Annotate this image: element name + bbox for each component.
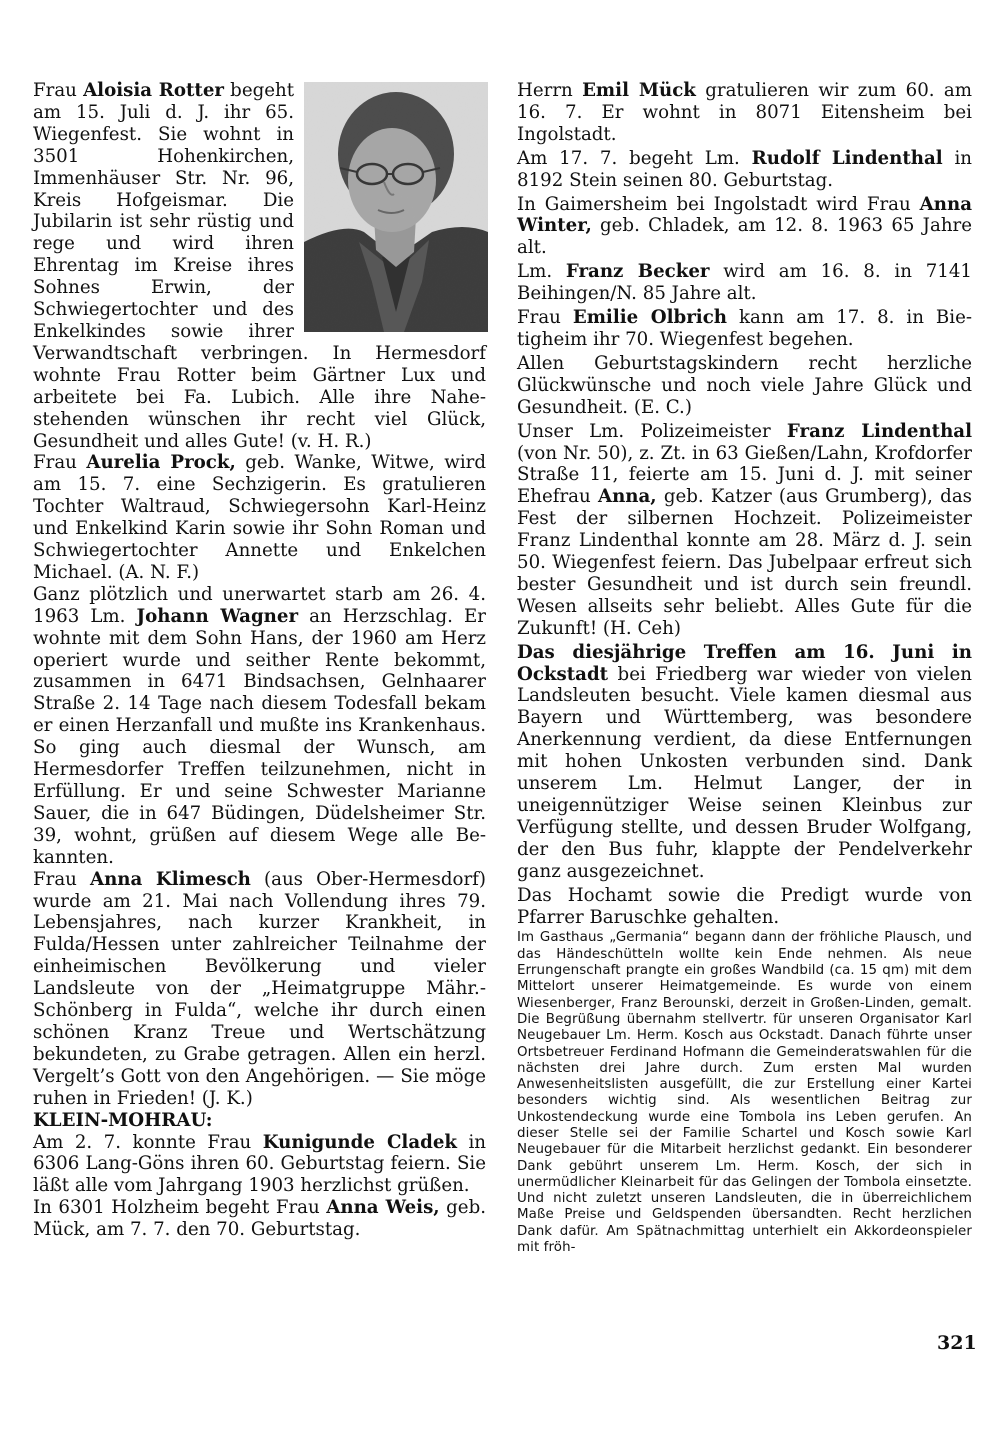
text: Frau: [33, 80, 83, 101]
page-number: 321: [937, 1332, 977, 1354]
right-column: Herrn Emil Mück gratulieren wir zum 60. …: [517, 80, 972, 1256]
article-prock: Frau Aurelia Prock, geb. Wanke, Witwe, w…: [33, 452, 486, 583]
person-name: Aurelia Prock,: [86, 452, 235, 473]
person-name: Rudolf Lindenthal: [752, 148, 943, 169]
text: geb. Katzer (aus Grumberg), das Fest der…: [517, 486, 972, 638]
text: (aus Ober-Hermes­dorf) wurde am 21. Mai …: [33, 869, 486, 1109]
article-winter: In Gaimersheim bei Ingolstadt wird Frau …: [517, 194, 972, 260]
article-weis: In 6301 Holzheim begeht Frau Anna Weis, …: [33, 1197, 486, 1241]
article-gasthaus-small-print: Im Gasthaus „Germania“ begann dann der f…: [517, 930, 972, 1256]
text: bei Friedberg war wieder von vielen Land…: [517, 664, 972, 882]
article-olbrich: Frau Emilie Olbrich kann am 17. 8. in Bi…: [517, 307, 972, 351]
article-klimesch: Frau Anna Klimesch (aus Ober-Hermes­dorf…: [33, 869, 486, 1110]
text: Herrn: [517, 80, 582, 101]
portrait-photo-icon: [304, 82, 488, 332]
text: Frau: [33, 869, 90, 890]
text: In 6301 Holzheim begeht Frau: [33, 1197, 326, 1218]
text: Am 2. 7. konnte Frau: [33, 1132, 263, 1153]
text: Frau: [517, 307, 573, 328]
text: In Gaimersheim bei Ingolstadt wird Frau: [517, 194, 920, 215]
article-becker: Lm. Franz Becker wird am 16. 8. in 7141 …: [517, 261, 972, 305]
person-name: Franz Becker: [566, 261, 710, 282]
person-name: Franz Lindenthal: [787, 421, 972, 442]
person-name: Emilie Olbrich: [573, 307, 727, 328]
section-heading-klein-mohrau: KLEIN-MOHRAU:: [33, 1110, 486, 1132]
article-franz-lindenthal: Unser Lm. Polizeimeister Franz Lindentha…: [517, 421, 972, 640]
text: Unser Lm. Polizeimeister: [517, 421, 787, 442]
person-name: Anna Weis,: [326, 1197, 439, 1218]
article-mueck: Herrn Emil Mück gratulieren wir zum 60. …: [517, 80, 972, 146]
left-column: Frau Aloisia Rotter be­geht am 15. Juli …: [33, 80, 486, 1241]
text: an Herz­schlag. Er wohnte mit dem Sohn H…: [33, 606, 486, 868]
text: Frau: [33, 452, 86, 473]
article-wagner: Ganz plötzlich und unerwartet starb am 2…: [33, 584, 486, 869]
article-rudolf-lindenthal: Am 17. 7. begeht Lm. Rudolf Lindenthal i…: [517, 148, 972, 192]
article-cladek: Am 2. 7. konnte Frau Kunigunde Cladek in…: [33, 1132, 486, 1198]
text: Am 17. 7. begeht Lm.: [517, 148, 752, 169]
person-name: Kunigunde Cladek: [263, 1132, 457, 1153]
article-treffen: Das diesjährige Treffen am 16. Juni in O…: [517, 642, 972, 883]
person-name: Johann Wagner: [137, 606, 299, 627]
person-name: Anna,: [598, 486, 657, 507]
person-name: Anna Klimesch: [90, 869, 251, 890]
article-greetings: Allen Geburtstagskindern recht herzliche…: [517, 353, 972, 419]
person-name: Aloisia Rotter: [83, 80, 224, 101]
text: Lm.: [517, 261, 566, 282]
article-hochamt: Das Hochamt sowie die Predigt wurde von …: [517, 885, 972, 929]
person-name: Emil Mück: [582, 80, 696, 101]
